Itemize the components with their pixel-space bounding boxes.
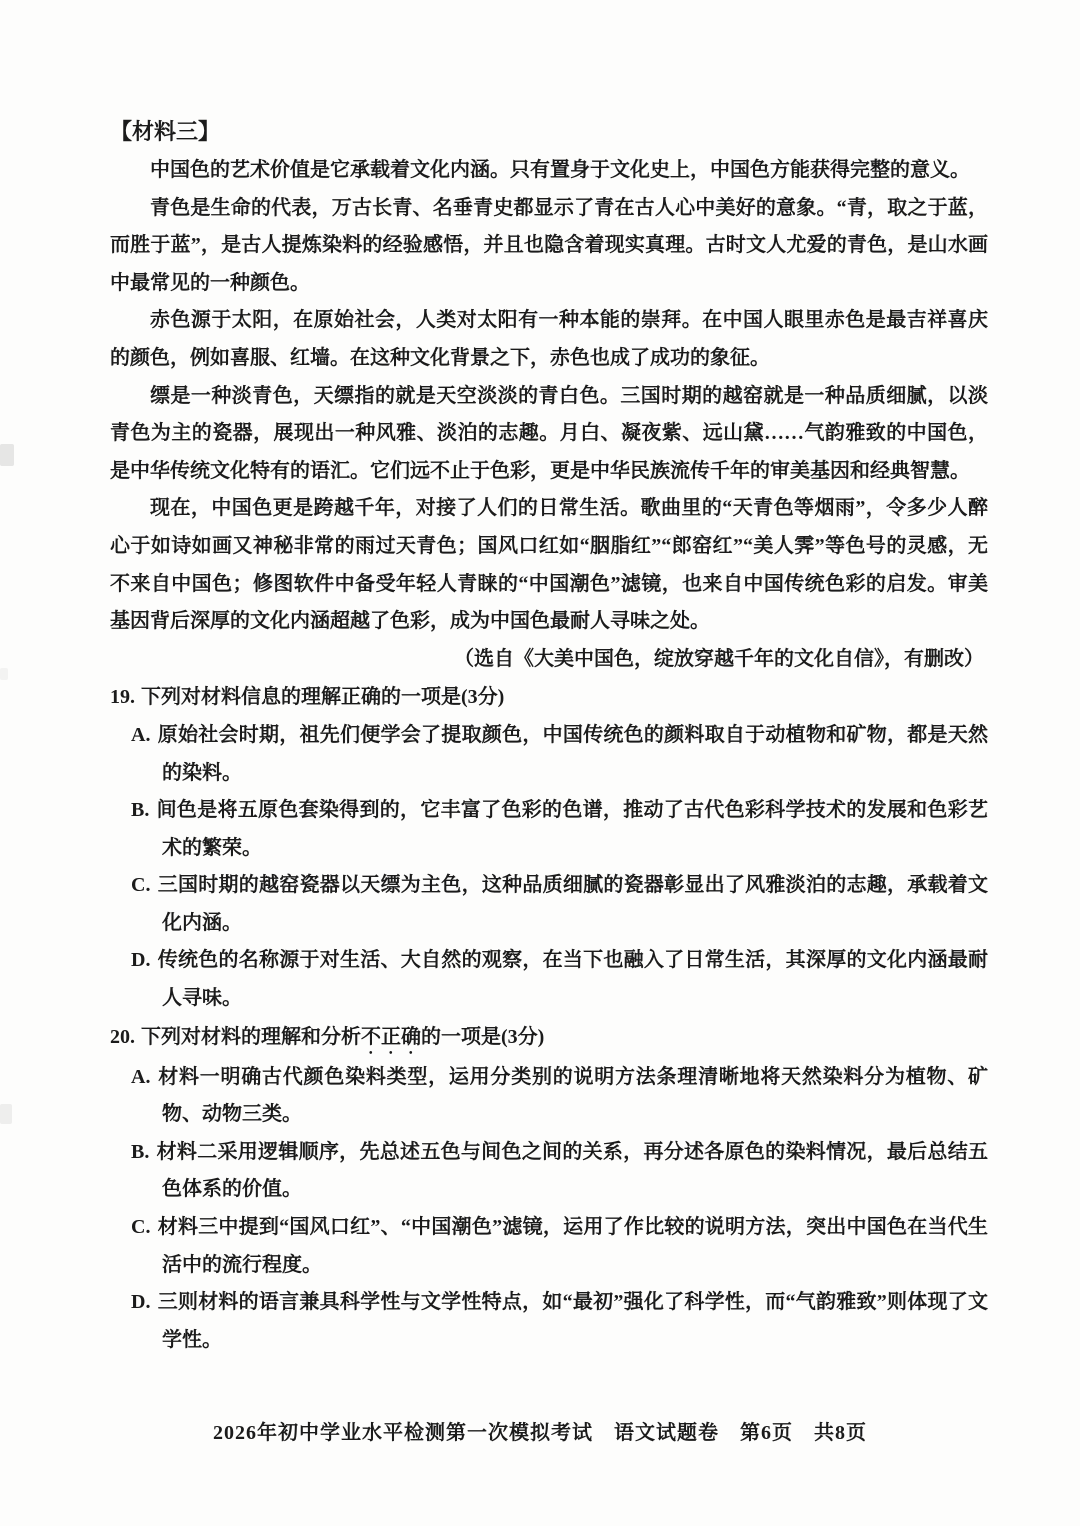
option-19-c: C.三国时期的越窑瓷器以天缥为主色，这种品质细腻的瓷器彰显出了风雅淡泊的志趣，承…	[131, 867, 988, 942]
option-label: D.	[131, 1291, 157, 1313]
option-20-c: C.材料三中提到“国风口红”、“中国潮色”滤镜，运用了作比较的说明方法，突出中国…	[131, 1209, 988, 1284]
question-stem-text: 的一项是(3分)	[421, 1026, 544, 1048]
material-paragraph: 赤色源于太阳，在原始社会，人类对太阳有一种本能的崇拜。在中国人眼里赤色是最吉祥喜…	[110, 302, 988, 377]
option-text: 材料二采用逻辑顺序，先总述五色与间色之间的关系，再分述各原色的染料情况，最后总结…	[156, 1141, 988, 1201]
material-body: 中国色的艺术价值是它承载着文化内涵。只有置身于文化史上，中国色方能获得完整的意义…	[110, 152, 988, 678]
option-label: C.	[131, 1216, 157, 1238]
option-text: 间色是将五原色套染得到的，它丰富了色彩的色谱，推动了古代色彩科学技术的发展和色彩…	[156, 799, 988, 859]
option-20-a: A.材料一明确古代颜色染料类型，运用分类别的说明方法条理清晰地将天然染料分为植物…	[131, 1059, 988, 1134]
scan-artifact	[0, 668, 8, 680]
scan-artifact	[0, 1104, 12, 1124]
question-stem: 20.下列对材料的理解和分析不正确的一项是(3分)	[110, 1019, 988, 1059]
scan-artifact	[0, 444, 14, 466]
page-footer: 2026年初中学业水平检测第一次模拟考试 语文试题卷 第6页 共8页	[0, 1416, 1080, 1445]
option-label: A.	[131, 724, 157, 746]
option-20-d: D.三则材料的语言兼具科学性与文学性特点，如“最初”强化了科学性，而“气韵雅致”…	[131, 1284, 988, 1359]
option-text: 材料一明确古代颜色染料类型，运用分类别的说明方法条理清晰地将天然染料分为植物、矿…	[157, 1066, 988, 1126]
material-paragraph: 缥是一种淡青色，天缥指的就是天空淡淡的青白色。三国时期的越窑就是一种品质细腻，以…	[110, 378, 988, 491]
option-text: 传统色的名称源于对生活、大自然的观察，在当下也融入了日常生活，其深厚的文化内涵最…	[157, 949, 988, 1009]
question-number: 20.	[110, 1026, 141, 1048]
question-20: 20.下列对材料的理解和分析不正确的一项是(3分) A.材料一明确古代颜色染料类…	[110, 1019, 988, 1360]
question-stem-emphasis: 不正确	[361, 1026, 421, 1048]
material-paragraph: 青色是生命的代表，万古长青、名垂青史都显示了青在古人心中美好的意象。“青，取之于…	[110, 190, 988, 303]
option-19-d: D.传统色的名称源于对生活、大自然的观察，在当下也融入了日常生活，其深厚的文化内…	[131, 942, 988, 1017]
option-20-b: B.材料二采用逻辑顺序，先总述五色与间色之间的关系，再分述各原色的染料情况，最后…	[131, 1134, 988, 1209]
material-paragraph: 中国色的艺术价值是它承载着文化内涵。只有置身于文化史上，中国色方能获得完整的意义…	[110, 152, 988, 190]
question-19: 19.下列对材料信息的理解正确的一项是(3分) A.原始社会时期，祖先们便学会了…	[110, 679, 988, 1017]
option-label: A.	[131, 1066, 157, 1088]
option-19-a: A.原始社会时期，祖先们便学会了提取颜色，中国传统色的颜料取自于动植物和矿物，都…	[131, 717, 988, 792]
option-label: D.	[131, 949, 157, 971]
page-content: 【材料三】 中国色的艺术价值是它承载着文化内涵。只有置身于文化史上，中国色方能获…	[110, 112, 988, 1359]
option-label: B.	[131, 799, 156, 821]
option-text: 原始社会时期，祖先们便学会了提取颜色，中国传统色的颜料取自于动植物和矿物，都是天…	[157, 724, 988, 784]
question-number: 19.	[110, 686, 141, 708]
source-attribution: （选自《大美中国色，绽放穿越千年的文化自信》，有删改）	[110, 641, 988, 679]
option-label: B.	[131, 1141, 156, 1163]
exam-page: 【材料三】 中国色的艺术价值是它承载着文化内涵。只有置身于文化史上，中国色方能获…	[0, 0, 1080, 1526]
question-stem-text: 下列对材料信息的理解正确的一项是(3分)	[141, 686, 504, 708]
option-text: 三则材料的语言兼具科学性与文学性特点，如“最初”强化了科学性，而“气韵雅致”则体…	[157, 1291, 988, 1351]
option-19-b: B.间色是将五原色套染得到的，它丰富了色彩的色谱，推动了古代色彩科学技术的发展和…	[131, 792, 988, 867]
question-stem: 19.下列对材料信息的理解正确的一项是(3分)	[110, 679, 988, 717]
question-stem-text: 下列对材料的理解和分析	[141, 1026, 361, 1048]
material-heading: 【材料三】	[110, 112, 988, 152]
option-text: 三国时期的越窑瓷器以天缥为主色，这种品质细腻的瓷器彰显出了风雅淡泊的志趣，承载着…	[157, 874, 988, 934]
option-label: C.	[131, 874, 157, 896]
option-text: 材料三中提到“国风口红”、“中国潮色”滤镜，运用了作比较的说明方法，突出中国色在…	[157, 1216, 988, 1276]
material-paragraph: 现在，中国色更是跨越千年，对接了人们的日常生活。歌曲里的“天青色等烟雨”，令多少…	[110, 490, 988, 640]
